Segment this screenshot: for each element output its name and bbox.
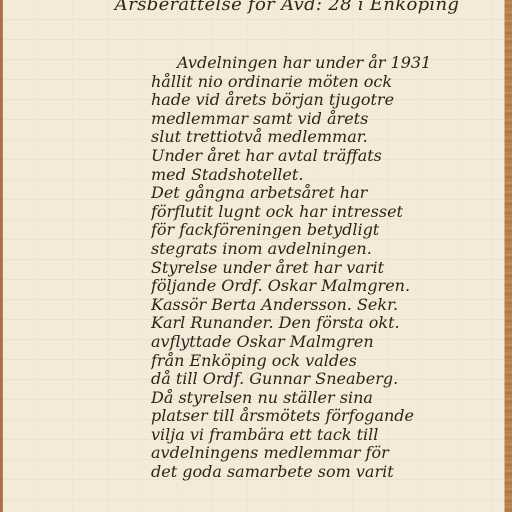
text-line: det goda samarbete som varit xyxy=(151,463,501,482)
text-line: Styrelse under året har varit xyxy=(151,259,501,278)
text-line: avdelningens medlemmar för xyxy=(151,444,501,463)
text-line: från Enköping ock valdes xyxy=(151,352,501,371)
text-line: hållit nio ordinarie möten ock xyxy=(151,73,501,92)
document-page: Årsberättelse för Avd: 28 i Enköping Avd… xyxy=(3,0,505,512)
text-line: för fackföreningen betydligt xyxy=(151,221,501,240)
text-line: vilja vi frambära ett tack till xyxy=(151,426,501,445)
text-line: medlemmar samt vid årets xyxy=(151,110,501,129)
text-line: Under året har avtal träffats xyxy=(151,147,501,166)
board-right-edge xyxy=(504,0,512,512)
text-line: Karl Runander. Den första okt. xyxy=(151,314,501,333)
text-line: slut trettiotvå medlemmar. xyxy=(151,128,501,147)
text-line: hade vid årets början tjugotre xyxy=(151,91,501,110)
text-line: Då styrelsen nu ställer sina xyxy=(151,389,501,408)
text-line: Avdelningen har under år 1931 xyxy=(151,54,501,73)
text-line: Kassör Berta Andersson. Sekr. xyxy=(151,296,501,315)
text-line: med Stadshotellet. xyxy=(151,166,501,185)
text-line: Det gångna arbetsåret har xyxy=(151,184,501,203)
text-line: avflyttade Oskar Malmgren xyxy=(151,333,501,352)
text-line: stegrats inom avdelningen. xyxy=(151,240,501,259)
document-body: Avdelningen har under år 1931 hållit nio… xyxy=(151,54,501,482)
text-line: platser till årsmötets förfogande xyxy=(151,407,501,426)
text-line: förflutit lugnt ock har intresset xyxy=(151,203,501,222)
text-line: då till Ordf. Gunnar Sneaberg. xyxy=(151,370,501,389)
text-line: följande Ordf. Oskar Malmgren. xyxy=(151,277,501,296)
document-title: Årsberättelse för Avd: 28 i Enköping xyxy=(115,0,505,15)
